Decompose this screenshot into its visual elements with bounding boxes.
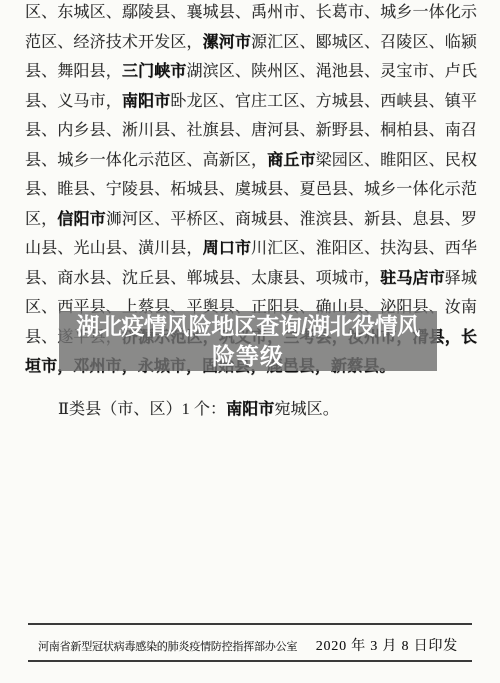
doc-line-segment: 县、舞阳县， [25,63,122,80]
doc-line-segment: 宛城区。 [274,401,338,418]
doc-line-segment-bold: 漯河市 [203,34,251,51]
doc-line: 山县、光山县、潢川县，周口市川汇区、淮阳区、扶沟县、西华 [25,234,477,264]
headline-overlay-line2: 险等级 [59,342,437,370]
doc-line-segment: 县、义马市， [25,93,122,110]
doc-line: 区，信阳市浉河区、平桥区、商城县、淮滨县、新县、息县、罗 [25,205,477,235]
doc-line: 县、城乡一体化示范区、高新区，商丘市梁园区、睢阳区、民权 [25,146,477,176]
doc-line-segment: 卧龙区、官庄工区、方城县、西峡县、镇平 [170,93,477,110]
doc-line-segment: 湖滨区、陕州区、渑池县、灵宝市、卢氏 [186,63,477,80]
headline-overlay: 湖北疫情风险地区查询/湖北役情风 险等级 [59,311,437,371]
doc-line-segment: Ⅱ类县（市、区）1 个： [58,401,226,418]
doc-line-segment: 山县、光山县、潢川县， [25,240,203,257]
scanned-document-page: 区、东城区、鄢陵县、襄城县、禹州市、长葛市、城乡一体化示范区、经济技术开发区，漯… [0,0,500,683]
doc-line-segment: 范区、经济技术开发区， [25,34,203,51]
doc-line: 县、舞阳县，三门峡市湖滨区、陕州区、渑池县、灵宝市、卢氏 [25,57,477,87]
doc-line: 区、东城区、鄢陵县、襄城县、禹州市、长葛市、城乡一体化示 [25,0,477,28]
doc-line-segment: 区， [25,211,57,228]
doc-line-segment: 浉河区、平桥区、商城县、淮滨县、新县、息县、罗 [106,211,477,228]
doc-line: 县、商水县、沈丘县、郸城县、太康县、项城市，驻马店市驿城 [25,264,477,294]
doc-line-segment-bold: 商丘市 [267,152,315,169]
footer-print-date: 2020 年 3 月 8 日印发 [316,635,458,655]
doc-line: 县、睢县、宁陵县、柘城县、虞城县、夏邑县、城乡一体化示范 [25,175,477,205]
doc-line-segment: 梁园区、睢阳区、民权 [316,152,477,169]
doc-line-segment: 川汇区、淮阳区、扶沟县、西华 [251,240,477,257]
doc-line-segment: 县、睢县、宁陵县、柘城县、虞城县、夏邑县、城乡一体化示范 [25,181,477,198]
doc-line-segment-bold: 南阳市 [226,401,274,418]
doc-line-segment: 县、内乡县、淅川县、社旗县、唐河县、新野县、桐柏县、南召 [25,122,477,139]
headline-overlay-line1: 湖北疫情风险地区查询/湖北役情风 [59,311,437,342]
doc-line-segment: 源汇区、郾城区、召陵区、临颍 [251,34,477,51]
doc-line: 县、义马市，南阳市卧龙区、官庄工区、方城县、西峡县、镇平 [25,87,477,117]
doc-line-segment-bold: 南阳市 [122,93,170,110]
doc-line-segment-bold: 三门峡市 [122,63,187,80]
doc-line-segment-bold: 周口市 [203,240,251,257]
doc-line: 范区、经济技术开发区，漯河市源汇区、郾城区、召陵区、临颍 [25,28,477,58]
doc-line-segment: 县、城乡一体化示范区、高新区， [25,152,267,169]
doc-line: 县、内乡县、淅川县、社旗县、唐河县、新野县、桐柏县、南召 [25,116,477,146]
footer-issuer: 河南省新型冠状病毒感染的肺炎疫情防控指挥部办公室 [38,638,297,654]
doc-line: Ⅱ类县（市、区）1 个：南阳市宛城区。 [25,395,477,425]
footer-rule-bottom [28,660,472,662]
doc-line-segment: 驿城 [445,270,477,287]
doc-line-segment: 区、东城区、鄢陵县、襄城县、禹州市、长葛市、城乡一体化示 [25,4,477,21]
doc-line-segment-bold: 驻马店市 [380,270,445,287]
doc-line-segment: 县、商水县、沈丘县、郸城县、太康县、项城市， [25,270,380,287]
doc-line-segment-bold: 信阳市 [57,211,105,228]
footer-rule-top [28,623,472,625]
